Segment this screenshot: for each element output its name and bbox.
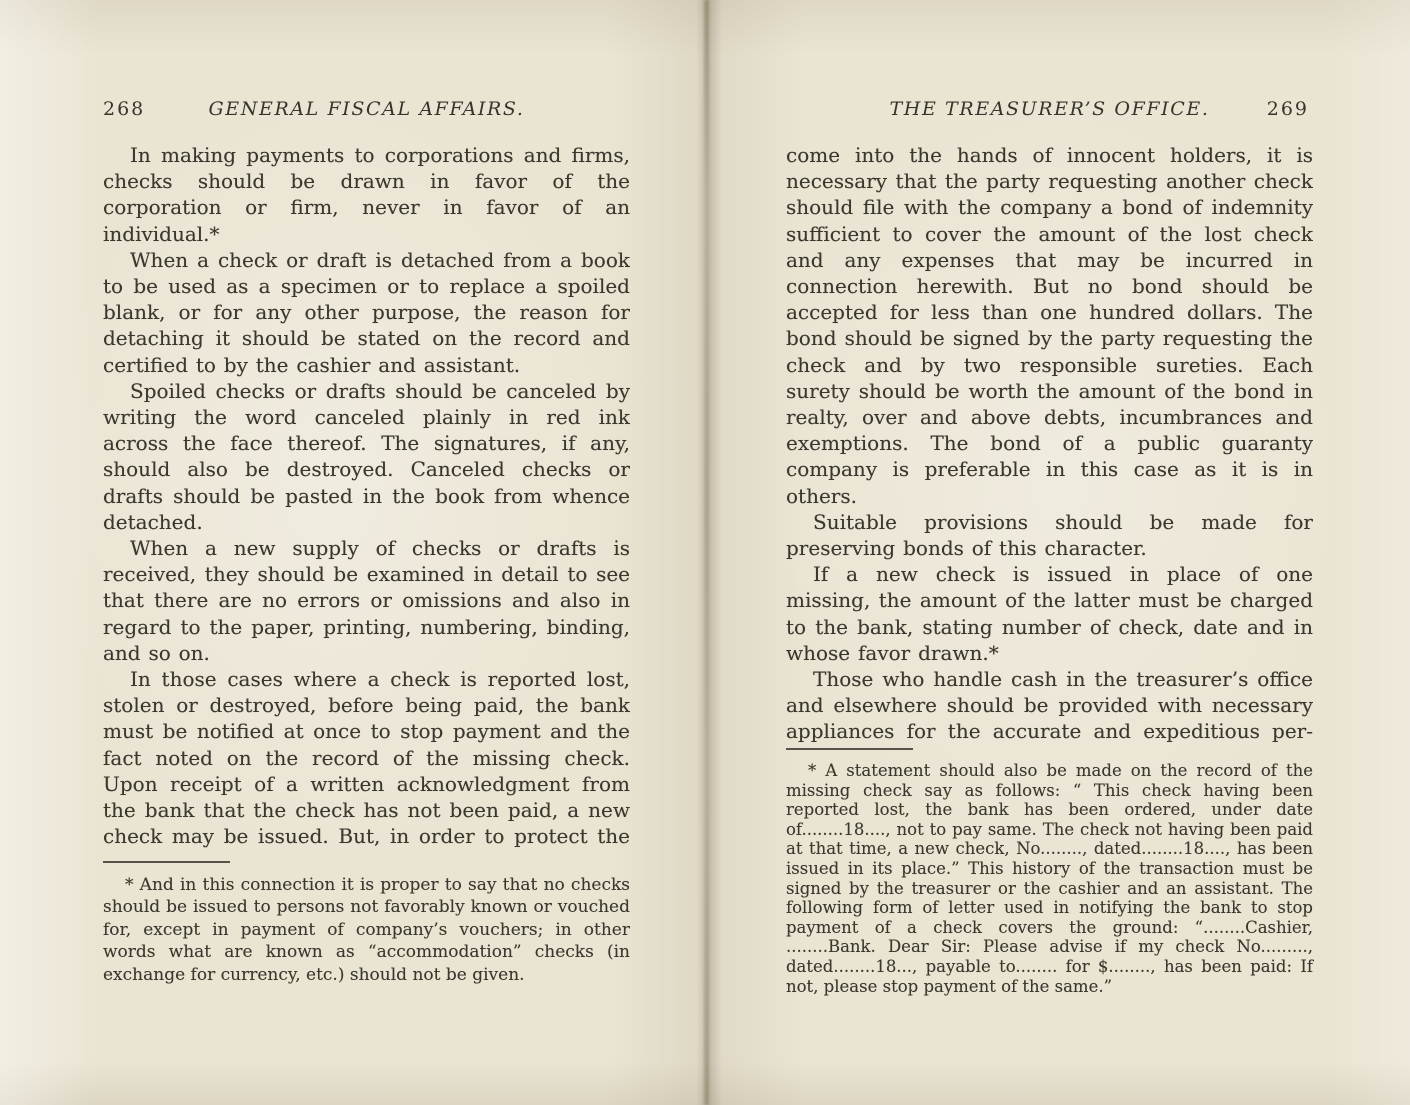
footnote-text: * A statement should also be made on the… [786,761,1313,996]
paragraph: Those who handle cash in the treasurer’s… [786,666,1313,745]
paragraph: If a new check is issued in place of one… [786,561,1313,666]
footnote-separator-rule [786,748,913,750]
book-scan-spread: 268 GENERAL FISCAL AFFAIRS. In making pa… [0,0,1410,1105]
paragraph: In those cases where a check is reported… [103,666,630,854]
paragraph: come into the hands of innocent holders,… [786,142,1313,509]
paragraph: When a new supply of checks or drafts is… [103,535,630,666]
paragraph: When a check or draft is detached from a… [103,247,630,378]
right-page-header: THE TREASURER’S OFFICE. 269 [786,98,1313,124]
footnote-separator-rule [103,861,230,863]
right-page-number: 269 [1267,98,1309,120]
page-gutter-fold [704,0,709,1105]
footnote-text: * And in this connection it is proper to… [103,874,630,986]
paragraph: Suitable provisions should be made for p… [786,509,1313,561]
left-running-title: GENERAL FISCAL AFFAIRS. [103,98,630,120]
paragraph: In making payments to corporations and f… [103,142,630,247]
left-page-footnote: * And in this connection it is proper to… [103,861,630,986]
right-running-title: THE TREASURER’S OFFICE. [786,98,1313,120]
right-page-body: come into the hands of innocent holders,… [786,142,1313,746]
right-page-footnote: * A statement should also be made on the… [786,748,1313,996]
paragraph: Spoiled checks or drafts should be cance… [103,378,630,535]
left-page-header: 268 GENERAL FISCAL AFFAIRS. [103,98,630,124]
left-page-body: In making payments to corporations and f… [103,142,630,854]
